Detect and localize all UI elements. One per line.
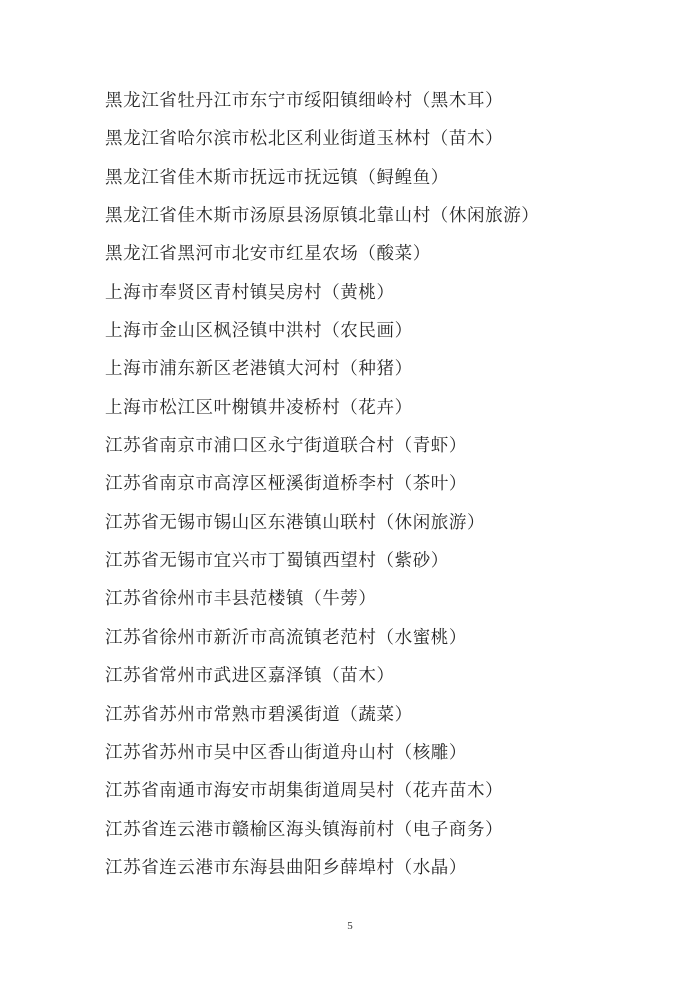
entry-line: 江苏省徐州市丰县范楼镇（牛蒡） [105, 586, 650, 624]
document-page: 黑龙江省牡丹江市东宁市绥阳镇细岭村（黑木耳）黑龙江省哈尔滨市松北区利业街道玉林村… [0, 0, 700, 990]
entry-line: 江苏省连云港市东海县曲阳乡薛埠村（水晶） [105, 855, 650, 893]
entry-line: 黑龙江省哈尔滨市松北区利业街道玉林村（苗木） [105, 126, 650, 164]
page-number: 5 [347, 920, 353, 932]
page-footer: 5 [0, 916, 700, 934]
entry-line: 黑龙江省佳木斯市汤原县汤原镇北靠山村（休闲旅游） [105, 203, 650, 241]
entry-line: 江苏省无锡市锡山区东港镇山联村（休闲旅游） [105, 510, 650, 548]
entry-line: 江苏省苏州市吴中区香山街道舟山村（核雕） [105, 740, 650, 778]
entry-line: 上海市松江区叶榭镇井凌桥村（花卉） [105, 395, 650, 433]
entry-line: 黑龙江省黑河市北安市红星农场（酸菜） [105, 241, 650, 279]
entry-line: 江苏省连云港市赣榆区海头镇海前村（电子商务） [105, 817, 650, 855]
entry-line: 上海市奉贤区青村镇吴房村（黄桃） [105, 280, 650, 318]
entry-line: 江苏省常州市武进区嘉泽镇（苗木） [105, 663, 650, 701]
entry-line: 江苏省徐州市新沂市高流镇老范村（水蜜桃） [105, 625, 650, 663]
entry-line: 黑龙江省佳木斯市抚远市抚远镇（鲟鳇鱼） [105, 165, 650, 203]
entry-line: 江苏省苏州市常熟市碧溪街道（蔬菜） [105, 702, 650, 740]
entry-line: 江苏省南京市浦口区永宁街道联合村（青虾） [105, 433, 650, 471]
entry-line: 江苏省南通市海安市胡集街道周吴村（花卉苗木） [105, 778, 650, 816]
entry-line: 江苏省无锡市宜兴市丁蜀镇西望村（紫砂） [105, 548, 650, 586]
entry-line: 上海市浦东新区老港镇大河村（种猪） [105, 356, 650, 394]
entry-list: 黑龙江省牡丹江市东宁市绥阳镇细岭村（黑木耳）黑龙江省哈尔滨市松北区利业街道玉林村… [105, 88, 650, 893]
entry-line: 江苏省南京市高淳区桠溪街道桥李村（茶叶） [105, 471, 650, 509]
entry-line: 上海市金山区枫泾镇中洪村（农民画） [105, 318, 650, 356]
entry-line: 黑龙江省牡丹江市东宁市绥阳镇细岭村（黑木耳） [105, 88, 650, 126]
